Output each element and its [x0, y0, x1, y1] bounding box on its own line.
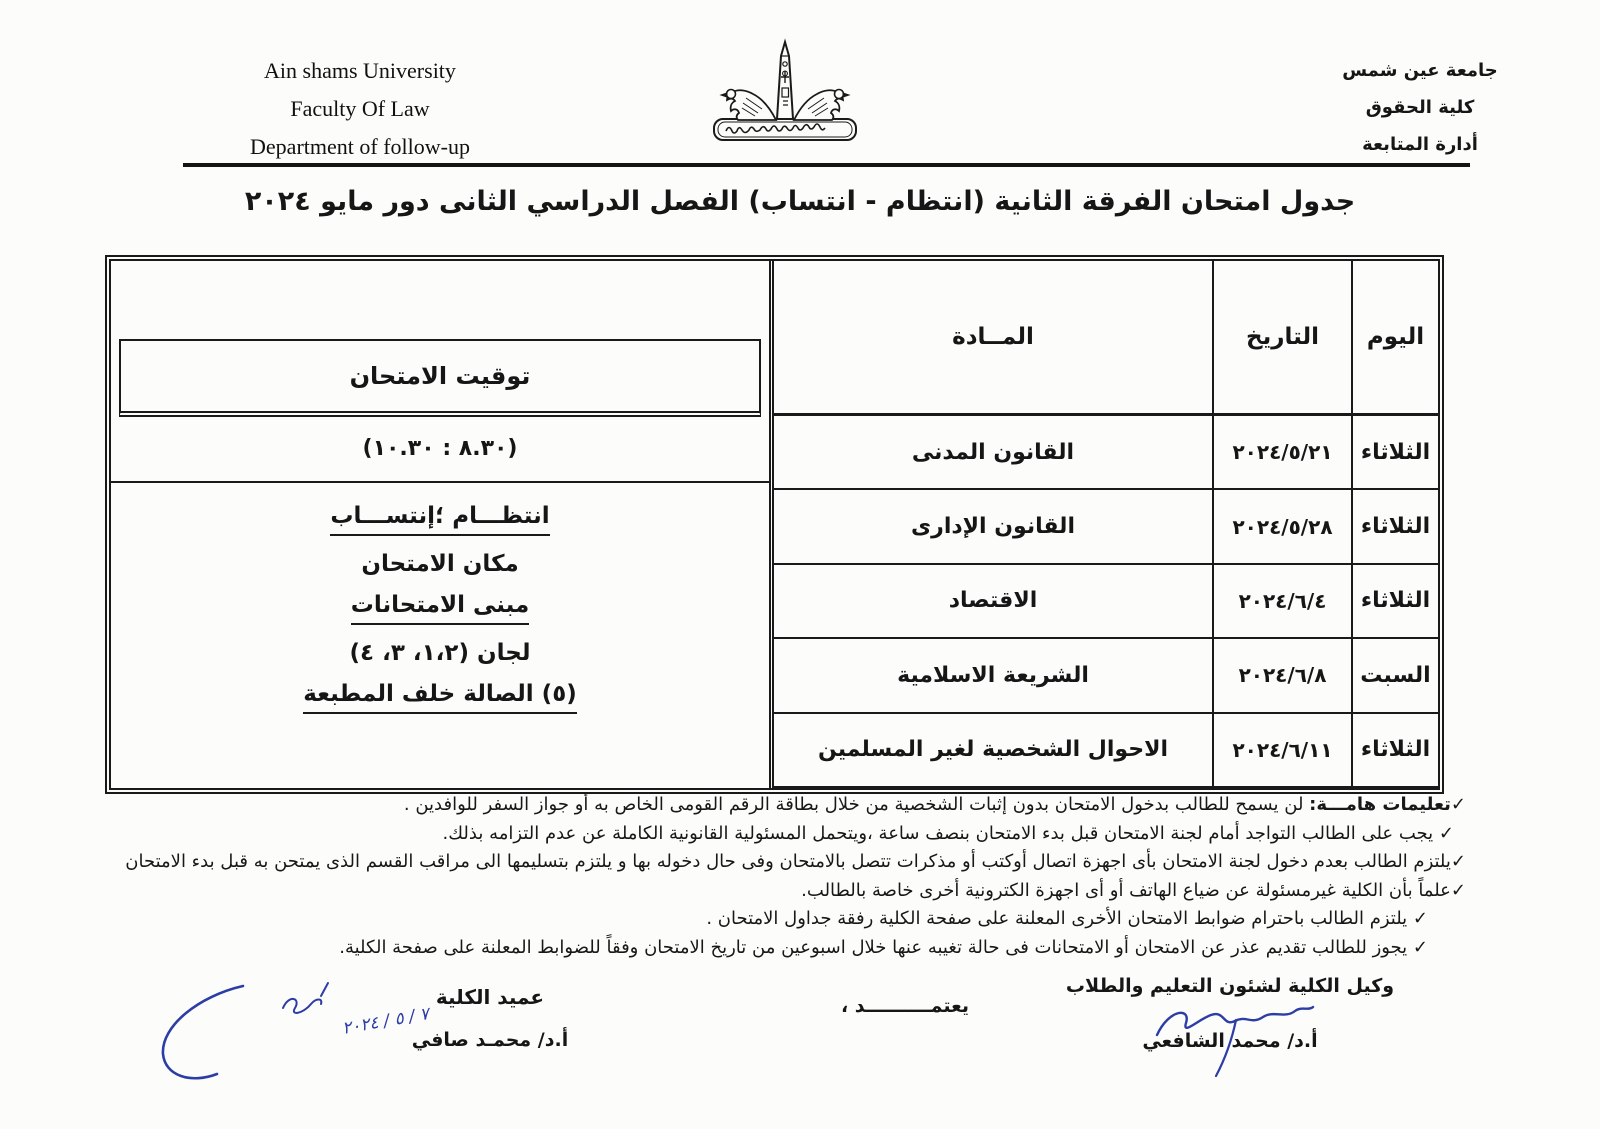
university-name-en: Ain shams University [215, 52, 505, 90]
obelisk-icon [777, 42, 793, 119]
cell-day: السبت [1352, 638, 1438, 712]
department-name-en: Department of follow-up [215, 128, 505, 166]
instruction-body: يلتزم الطالب باحترام ضوابط الامتحان الأخ… [706, 908, 1413, 929]
instruction-body: علماً بأن الكلية غيرمسئولة عن ضياع الهات… [801, 880, 1451, 901]
instruction-body: لن يسمح للطالب بدخول الامتحان بدون إثبات… [404, 794, 1309, 815]
timing-header: توقيت الامتحان [119, 339, 761, 417]
check-icon: ✓ [1439, 823, 1454, 844]
university-name-ar: جامعة عين شمس [1300, 52, 1540, 89]
timing-value: (٨.٣٠ : ١٠.٣٠) [111, 417, 769, 483]
check-icon: ✓ [1451, 794, 1466, 815]
check-icon: ✓ [1413, 908, 1428, 929]
cell-date: ٢٠٢٤/٥/٢١ [1213, 415, 1352, 489]
instruction-body: يجب على الطالب التواجد أمام لجنة الامتحا… [443, 823, 1439, 844]
exam-location-line: (٥) الصالة خلف المطبعة [303, 681, 577, 714]
cell-date: ٢٠٢٤/٦/١١ [1213, 713, 1352, 787]
exam-location-line: لجان (١،٢، ٣، ٤) [350, 640, 531, 666]
right-eagle-icon [794, 90, 849, 121]
scanned-exam-schedule-page: Ain shams University Faculty Of Law Depa… [0, 0, 1600, 1129]
check-icon: ✓ [1451, 880, 1466, 901]
check-icon: ✓ [1413, 937, 1428, 958]
cell-subject: الاحوال الشخصية لغير المسلمين [772, 713, 1214, 787]
instructions: ✓تعليمات هامـــة: لن يسمح للطالب بدخول ا… [108, 791, 1466, 962]
left-eagle-icon [721, 90, 776, 121]
col-header-day: اليوم [1352, 261, 1438, 415]
exam-location-line: مبنى الامتحانات [351, 592, 530, 625]
instruction-item: ✓تعليمات هامـــة: لن يسمح للطالب بدخول ا… [108, 791, 1466, 820]
instruction-body: يجوز للطالب تقديم عذر عن الامتحان أو الا… [339, 937, 1413, 958]
timing-column: توقيت الامتحان (٨.٣٠ : ١٠.٣٠) انتظـــام … [111, 261, 772, 787]
dean-signature [125, 972, 435, 1112]
cell-day: الثلاثاء [1352, 564, 1438, 638]
header-arabic: جامعة عين شمس كلية الحقوق أدارة المتابعة [1300, 52, 1540, 163]
exam-schedule-table: اليوم التاريخ المــادة توقيت الامتحان (٨… [105, 255, 1444, 794]
cell-subject: الاقتصاد [772, 564, 1214, 638]
cell-day: الثلاثاء [1352, 713, 1438, 787]
exam-location-line: انتظـــام ؛إنتســـاب [330, 503, 549, 536]
header-english: Ain shams University Faculty Of Law Depa… [215, 52, 505, 166]
instruction-item: ✓ يلتزم الطالب باحترام ضوابط الامتحان ال… [108, 905, 1466, 934]
faculty-name-en: Faculty Of Law [215, 90, 505, 128]
header-divider [183, 163, 1470, 167]
exam-location-line: مكان الامتحان [361, 551, 518, 577]
cell-date: ٢٠٢٤/٦/٨ [1213, 638, 1352, 712]
col-header-subject: المــادة [772, 261, 1214, 415]
cell-date: ٢٠٢٤/٥/٢٨ [1213, 489, 1352, 563]
instruction-lead: تعليمات هامـــة: [1309, 794, 1451, 815]
instruction-item: ✓علماً بأن الكلية غيرمسئولة عن ضياع الها… [108, 877, 1466, 906]
check-icon: ✓ [1451, 851, 1466, 872]
approval-label: يعتمــــــــــد ، [820, 995, 990, 1017]
cell-subject: القانون الإدارى [772, 489, 1214, 563]
cell-subject: الشريعة الاسلامية [772, 638, 1214, 712]
cell-subject: القانون المدنى [772, 415, 1214, 489]
cell-date: ٢٠٢٤/٦/٤ [1213, 564, 1352, 638]
page-title: جدول امتحان الفرقة الثانية (انتظام - انت… [0, 186, 1600, 217]
vice-dean-signature-block: وكيل الكلية لشئون التعليم والطلاب أ.د/ م… [1050, 975, 1410, 1052]
col-header-date: التاريخ [1213, 261, 1352, 415]
instruction-body: يلتزم الطالب بعدم دخول لجنة الامتحان بأى… [125, 851, 1451, 872]
instruction-item: ✓ يجب على الطالب التواجد أمام لجنة الامت… [108, 820, 1466, 849]
cell-day: الثلاثاء [1352, 489, 1438, 563]
university-emblem-logo [700, 30, 870, 145]
instruction-item: ✓يلتزم الطالب بعدم دخول لجنة الامتحان بأ… [108, 848, 1466, 877]
vice-dean-signature [1135, 989, 1345, 1079]
exam-location-block: انتظـــام ؛إنتســـاب مكان الامتحان مبنى … [111, 483, 769, 714]
cell-day: الثلاثاء [1352, 415, 1438, 489]
instruction-item: ✓ يجوز للطالب تقديم عذر عن الامتحان أو ا… [108, 934, 1466, 963]
department-name-ar: أدارة المتابعة [1300, 126, 1540, 163]
faculty-name-ar: كلية الحقوق [1300, 89, 1540, 126]
